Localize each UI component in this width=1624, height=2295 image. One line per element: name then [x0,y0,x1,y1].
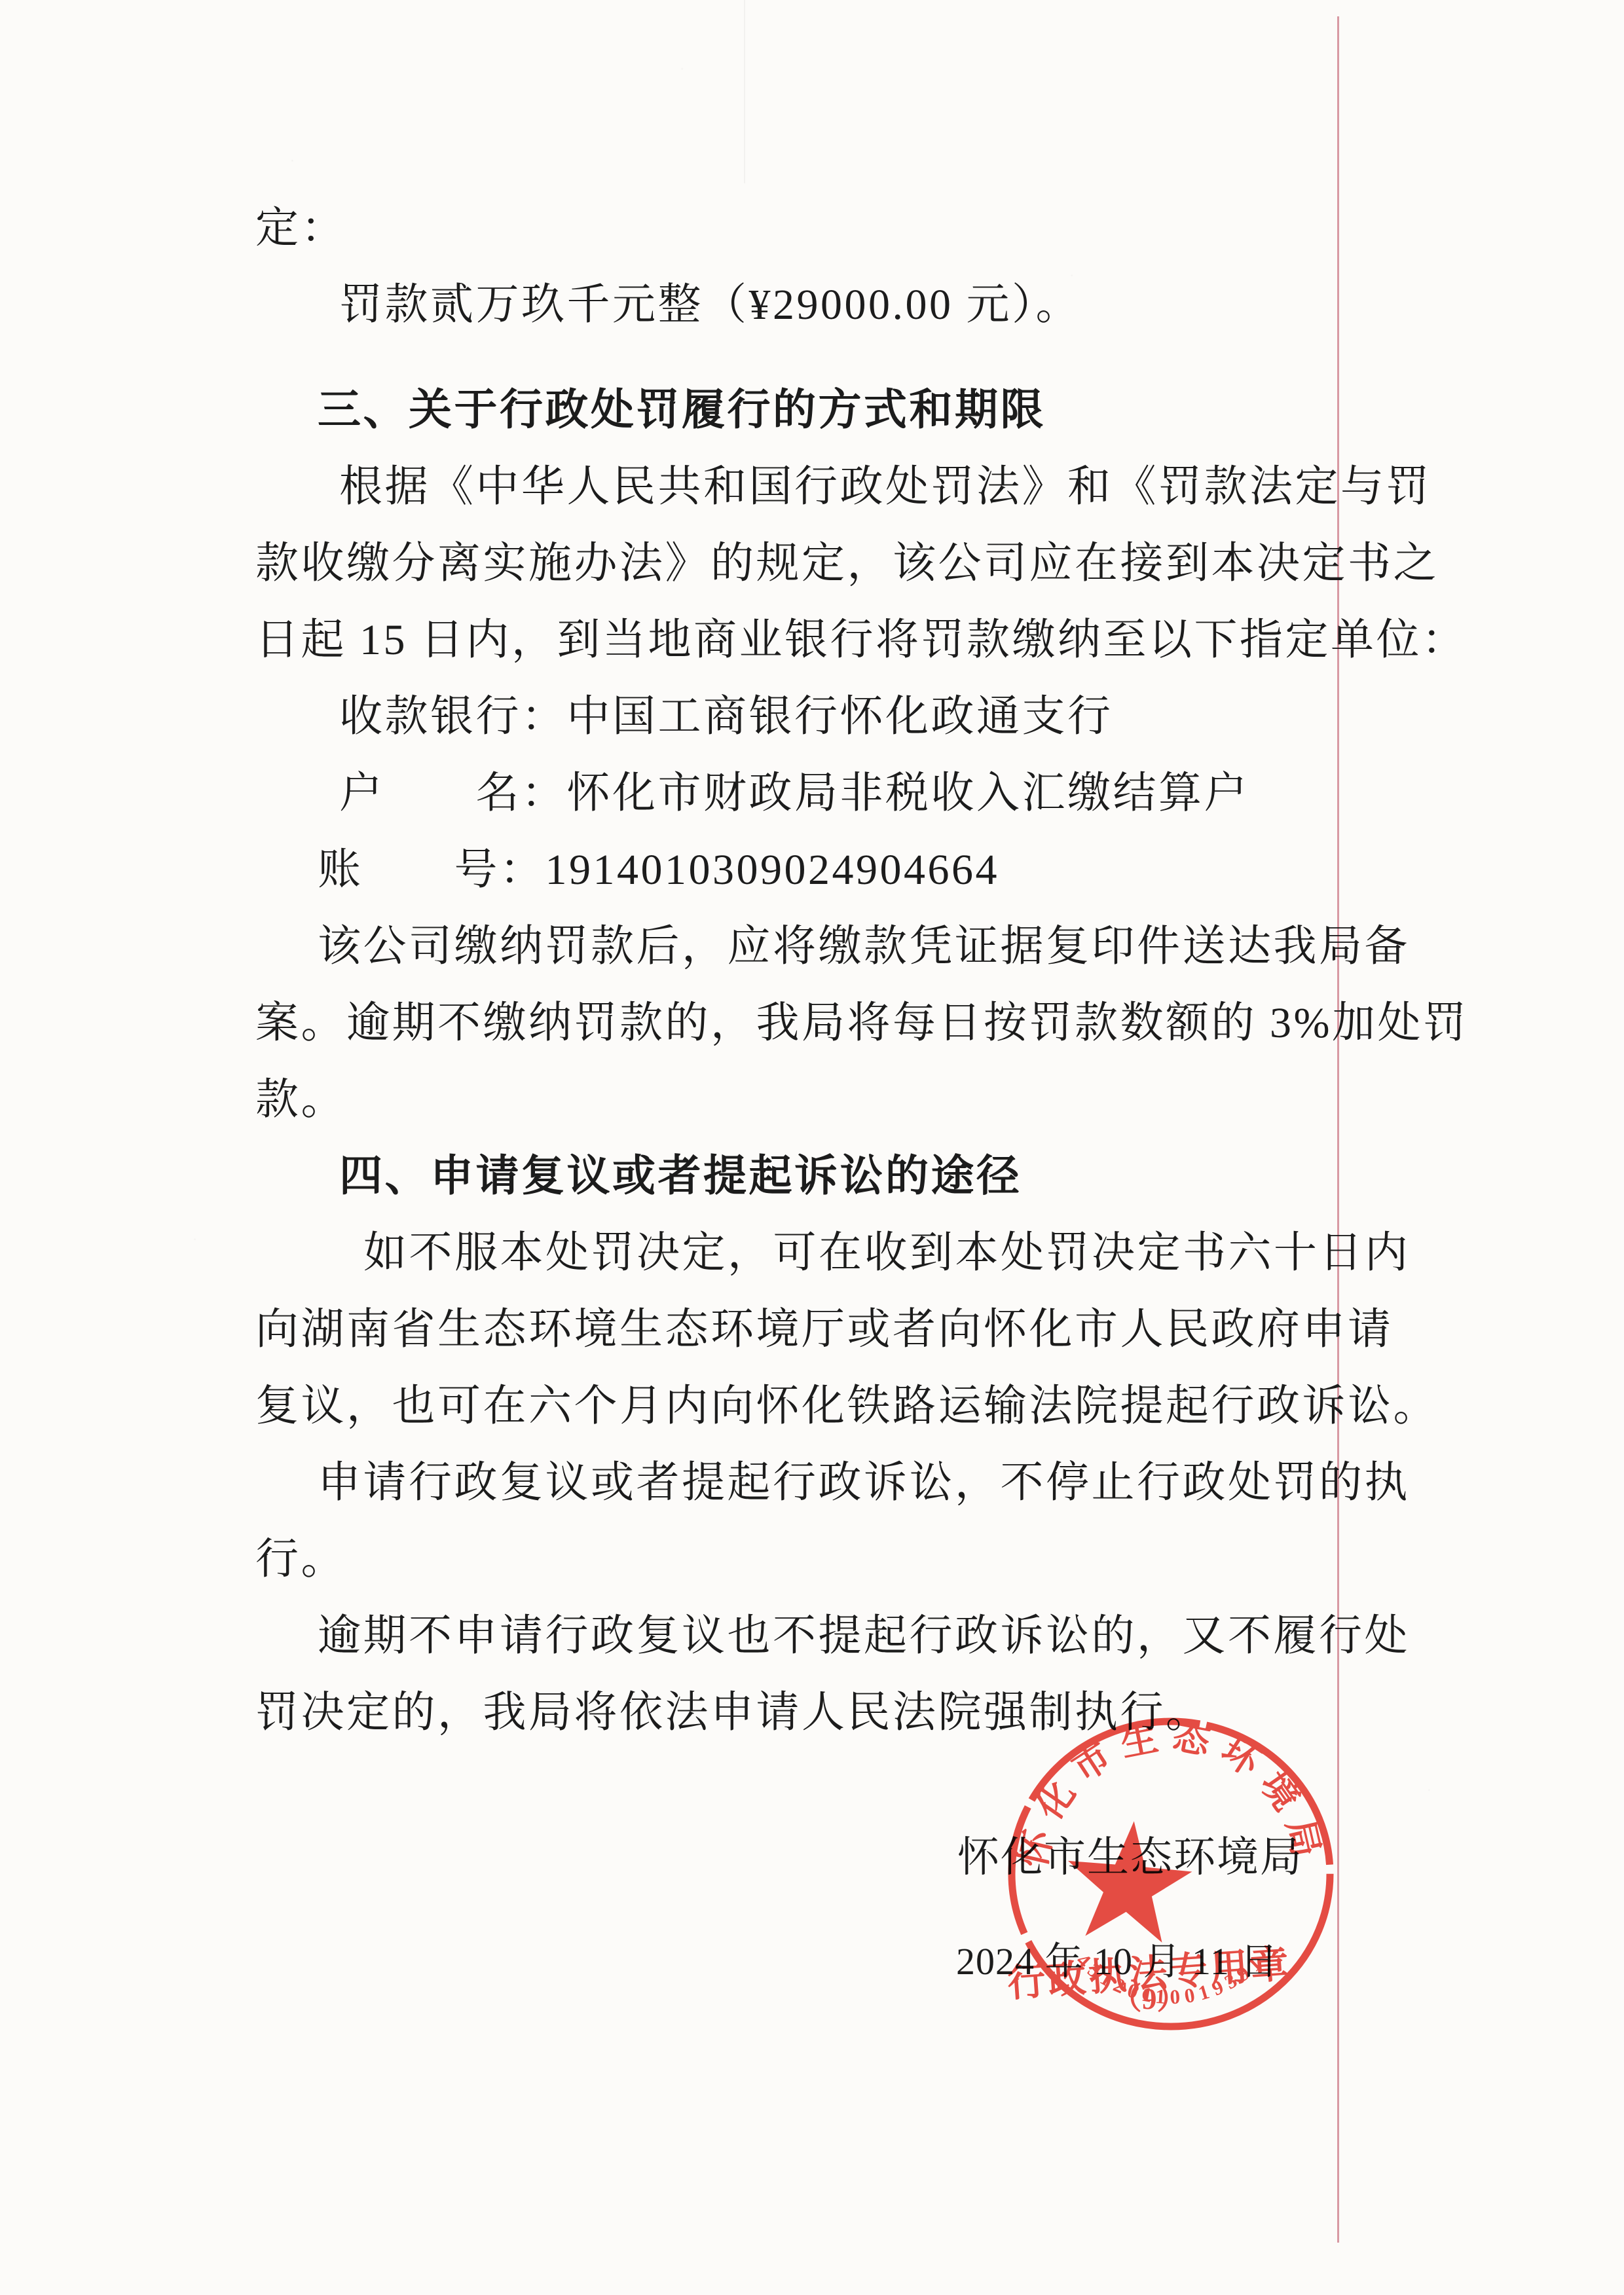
payee-bank-line: 收款银行：中国工商银行怀化政通支行 [339,678,1428,755]
seal-star-icon [1061,1816,1196,1945]
body-line: 日起 15 日内，到当地商业银行将罚款缴纳至以下指定单位： [255,602,1428,678]
body-line: 行。 [255,1521,1428,1598]
body-line: 该公司缴纳罚款后，应将缴款凭证据复印件送达我局备 [318,908,1428,985]
body-line: 案。逾期不缴纳罚款的，我局将每日按罚款数额的 3%加处罚 [255,985,1428,1061]
body-line: 复议，也可在六个月内向怀化铁路运输法院提起行政诉讼。 [255,1368,1428,1444]
body-text: 定： 罚款贰万玖千元整（¥29000.00 元）。 三、关于行政处罚履行的方式和… [255,190,1428,1751]
body-line: 申请行政复议或者提起行政诉讼，不停止行政处罚的执 [318,1444,1428,1521]
body-line: 款收缴分离实施办法》的规定，该公司应在接到本决定书之 [255,525,1428,602]
svg-text:怀化市生态环境局: 怀化市生态环境局 [1013,1716,1329,1871]
section-heading-3: 三、关于行政处罚履行的方式和期限 [318,372,1428,449]
document-page: 定： 罚款贰万玖千元整（¥29000.00 元）。 三、关于行政处罚履行的方式和… [0,0,1624,2295]
seal-ring-text: 怀化市生态环境局 [1013,1716,1329,1871]
body-line: 向湖南省生态环境生态环境厅或者向怀化市人民政府申请 [255,1291,1428,1368]
body-line: 定： [255,190,1428,266]
body-line: 逾期不申请行政复议也不提起行政诉讼的，又不履行处 [318,1598,1428,1674]
body-line: 如不服本处罚决定，可在收到本处罚决定书六十日内 [363,1215,1428,1291]
official-seal: 怀化市生态环境局 行政执法专用章 （9） 43120110019391 [1002,1708,1356,2061]
body-line: 款。 [255,1061,1428,1138]
section-heading-4: 四、申请复议或者提起诉讼的途径 [339,1138,1428,1215]
account-number-line: 账 号：1914010309024904664 [318,832,1428,908]
crease-mark [744,0,745,183]
body-line: 根据《中华人民共和国行政处罚法》和《罚款法定与罚 [339,449,1428,525]
body-line: 罚款贰万玖千元整（¥29000.00 元）。 [339,266,1428,343]
account-name-line: 户 名：怀化市财政局非税收入汇缴结算户 [339,755,1428,832]
